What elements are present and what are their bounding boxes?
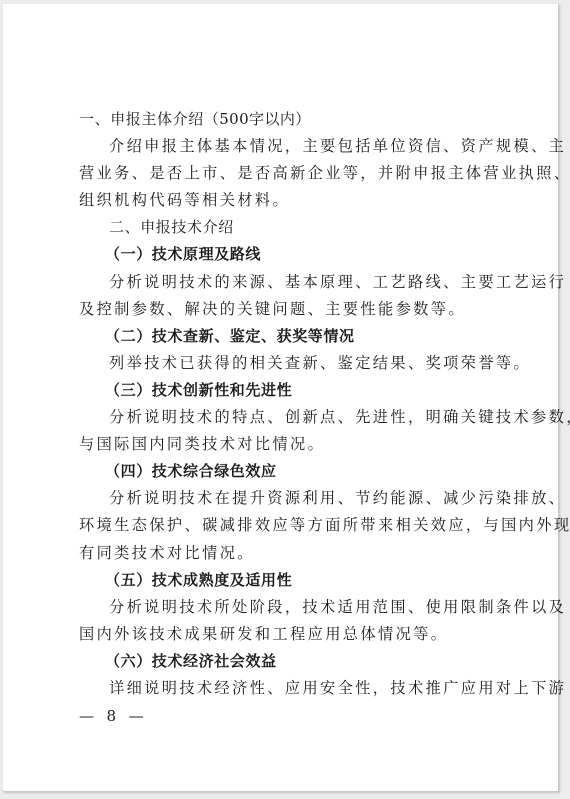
subsection-heading-1: （一）技术原理及路线: [79, 241, 497, 268]
body-line: 营业务、是否上市、是否高新企业等，并附申报主体营业执照、: [79, 160, 497, 187]
document-page: 一、申报主体介绍（500字以内） 介绍申报主体基本情况，主要包括单位资信、资产规…: [3, 4, 559, 792]
heading-text: 一、申报主体介绍: [79, 110, 204, 128]
body-line: 与国际国内同类技术对比情况。: [79, 431, 497, 458]
section-heading-1: 一、申报主体介绍（500字以内）: [79, 106, 497, 133]
body-line: 介绍申报主体基本情况，主要包括单位资信、资产规模、主: [79, 133, 497, 160]
body-line: 及控制参数、解决的关键问题、主要性能参数等。: [79, 296, 497, 323]
subsection-heading-5: （五）技术成熟度及适用性: [79, 567, 497, 594]
body-line: 分析说明技术的特点、创新点、先进性，明确关键技术参数，: [79, 404, 497, 431]
body-line: 详细说明技术经济性、应用安全性，技术推广应用对上下游: [79, 675, 497, 702]
body-line: 环境生态保护、碳减排效应等方面所带来相关效应，与国内外现: [79, 512, 497, 539]
subsection-heading-4: （四）技术综合绿色效应: [79, 458, 497, 485]
body-line: 有同类技术对比情况。: [79, 540, 497, 567]
subsection-heading-2: （二）技术查新、鉴定、获奖等情况: [79, 323, 497, 350]
heading-note: （500字以内）: [204, 110, 311, 128]
body-line: 列举技术已获得的相关查新、鉴定结果、奖项荣誉等。: [79, 350, 497, 377]
body-line: 分析说明技术在提升资源利用、节约能源、减少污染排放、: [79, 485, 497, 512]
page-number: — 8 —: [79, 707, 145, 725]
body-line: 组织机构代码等相关材料。: [79, 187, 497, 214]
subsection-heading-6: （六）技术经济社会效益: [79, 648, 497, 675]
section-heading-2: 二、申报技术介绍: [79, 214, 497, 241]
body-line: 分析说明技术所处阶段，技术适用范围、使用限制条件以及: [79, 594, 497, 621]
body-line: 分析说明技术的来源、基本原理、工艺路线、主要工艺运行: [79, 269, 497, 296]
subsection-heading-3: （三）技术创新性和先进性: [79, 377, 497, 404]
body-line: 国内外该技术成果研发和工程应用总体情况等。: [79, 621, 497, 648]
page-content: 一、申报主体介绍（500字以内） 介绍申报主体基本情况，主要包括单位资信、资产规…: [79, 106, 497, 702]
